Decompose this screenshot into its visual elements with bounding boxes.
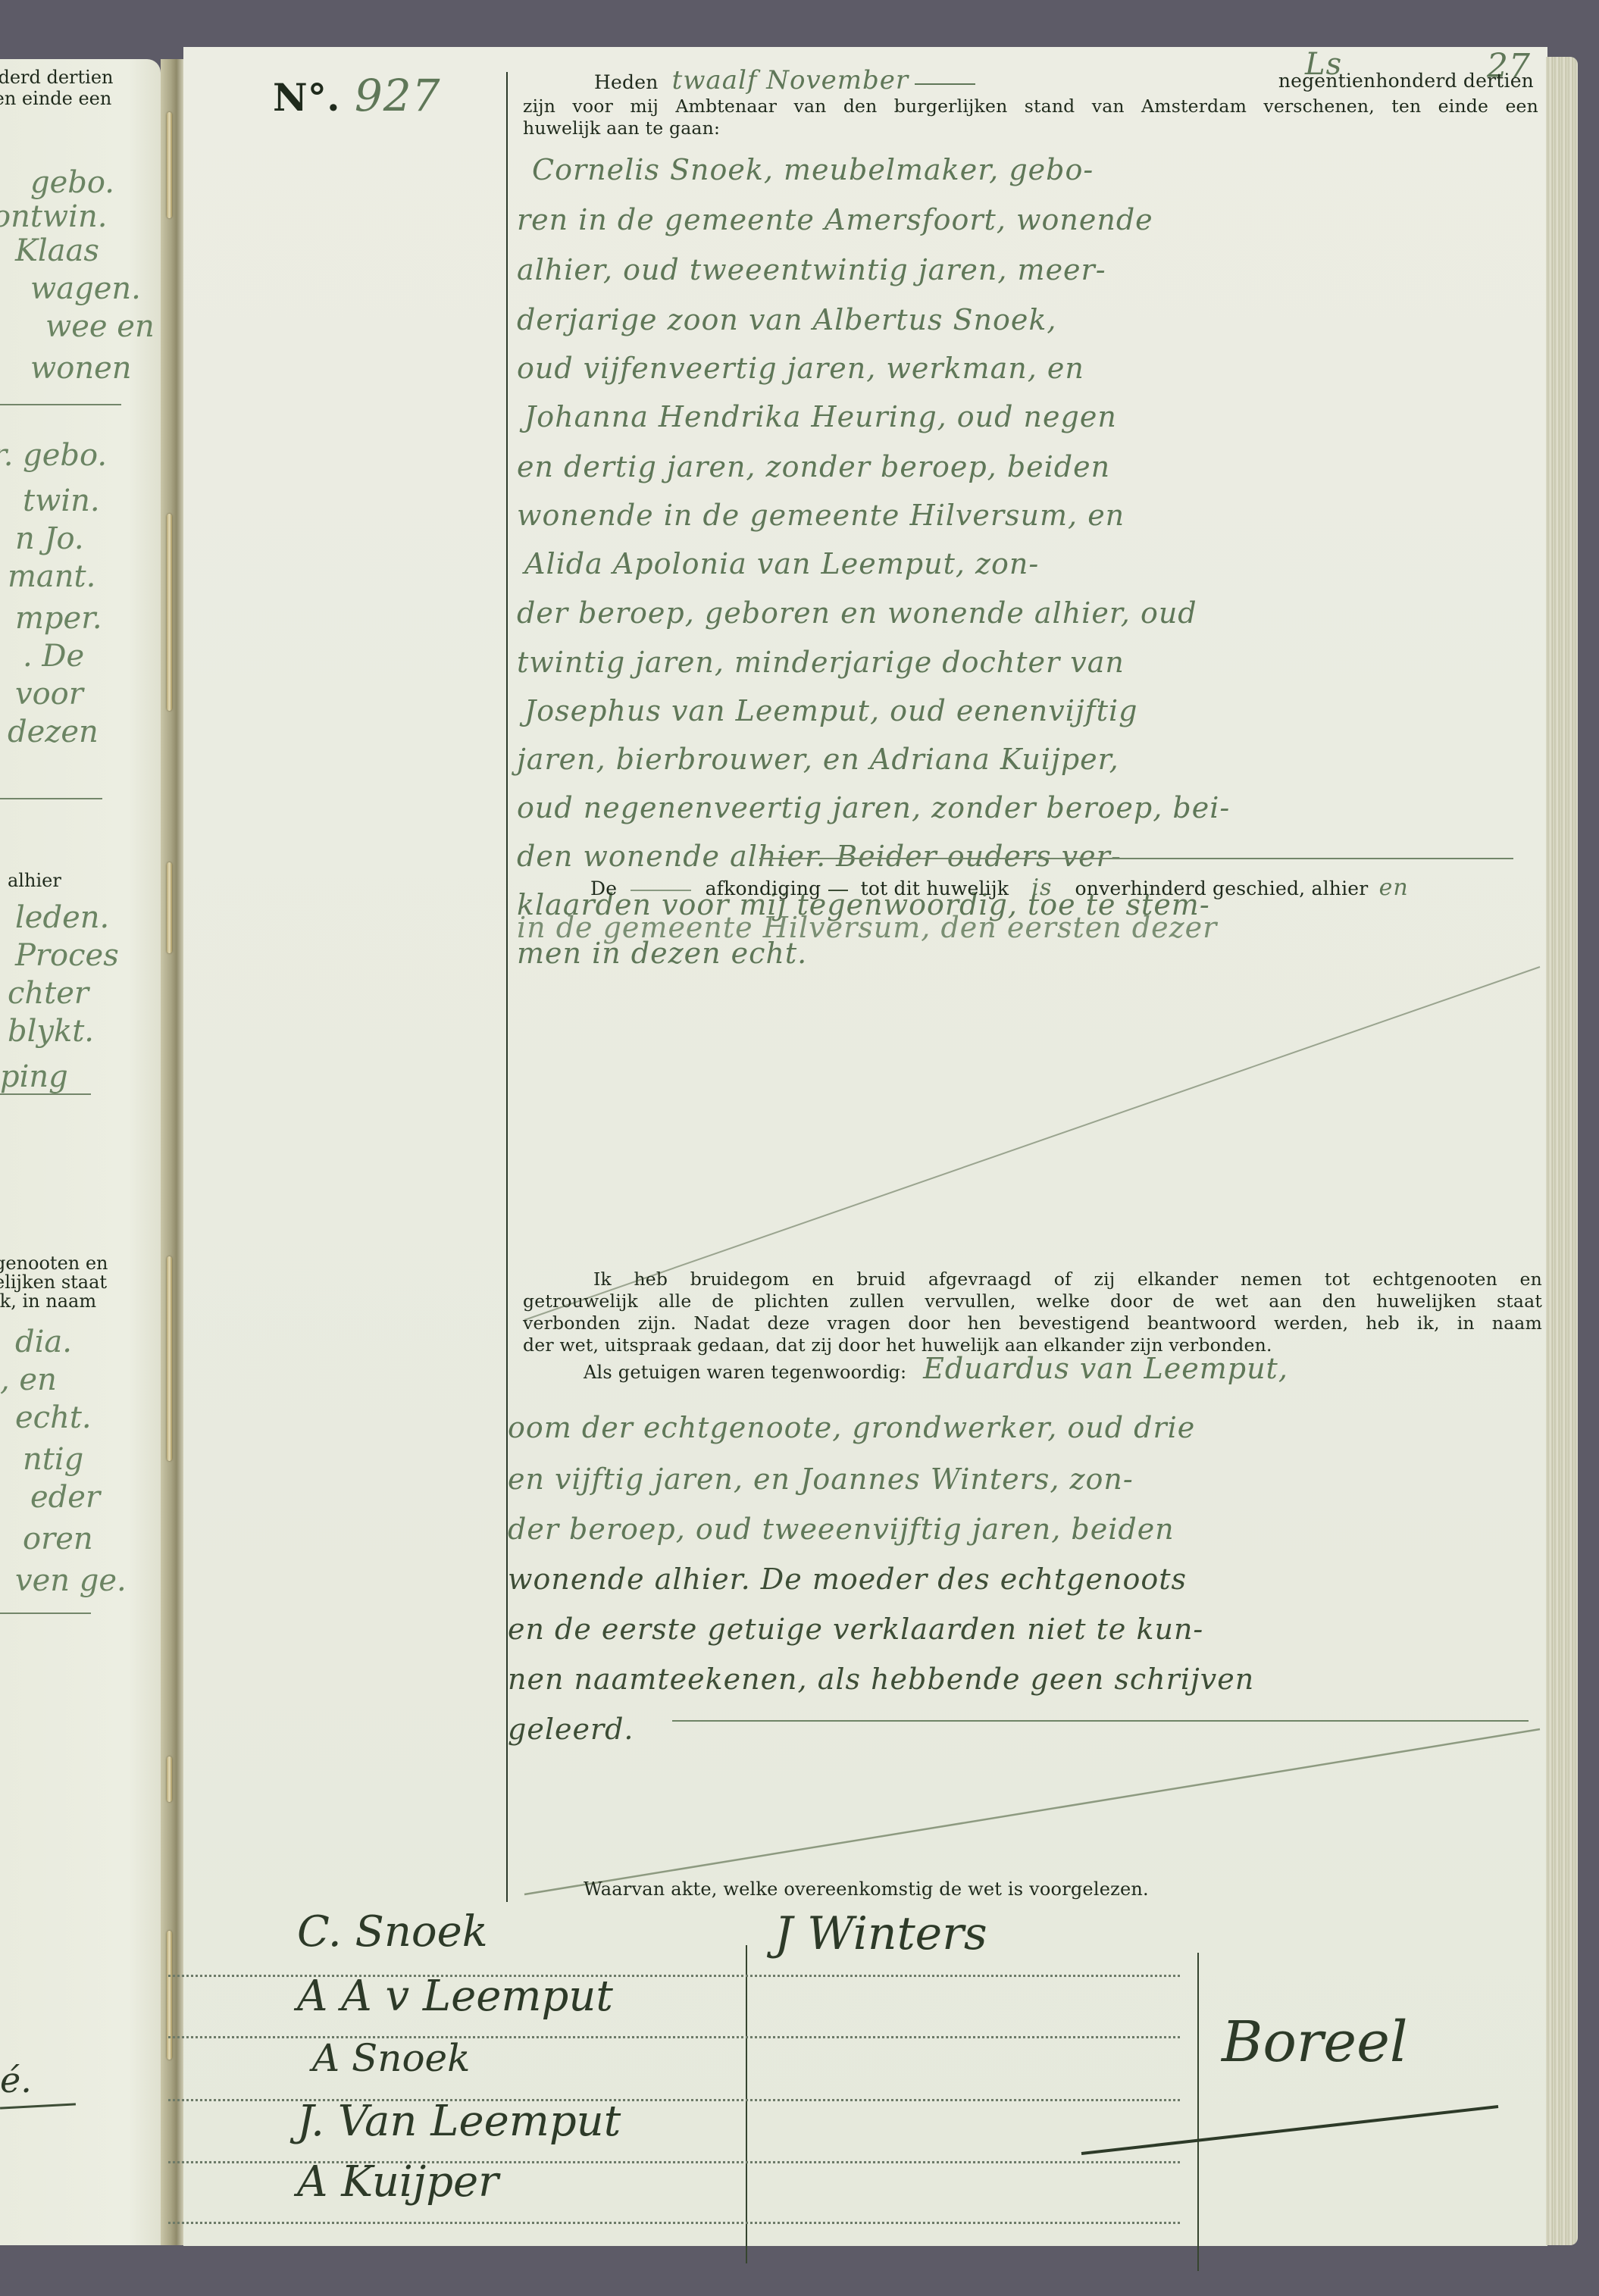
signature-bride-mother: A Kuijper <box>297 2157 499 2207</box>
signature-witness: J Winters <box>774 1907 987 1960</box>
record-number: N°. 927 <box>273 70 441 121</box>
signature-groom-father: A Snoek <box>312 2036 470 2080</box>
binding-stitch <box>167 112 172 218</box>
cancel-diagonal-lower <box>509 1722 1547 1903</box>
left-hand-line: ntig <box>23 1442 83 1477</box>
signature-line <box>168 2222 1180 2224</box>
signature-bride-father: J. Van Leemput <box>297 2097 621 2146</box>
left-signature-flourish <box>0 2103 76 2109</box>
number-value: 927 <box>355 70 441 121</box>
de-label: De <box>590 877 617 899</box>
date-hand: twaalf November <box>672 65 909 95</box>
witnesses-line: Als getuigen waren tegenwoordig: Eduardu… <box>584 1358 1288 1384</box>
left-hand-line: wonen <box>30 351 132 386</box>
binding-stitch <box>167 1931 172 2060</box>
declaration-line: verbonden zijn. Nadat deze vragen door h… <box>523 1312 1542 1334</box>
left-hand-line: voor <box>15 677 83 712</box>
left-hand-line: dezen <box>8 715 99 749</box>
afkondiging-label: afkondiging <box>706 877 821 899</box>
hand-line: en vijftig jaren, en Joannes Winters, zo… <box>508 1462 1134 1496</box>
left-hand-line: chter <box>8 976 89 1011</box>
left-hand-line: oren <box>23 1522 93 1556</box>
hand-line: Josephus van Leemput, oud eenenvijftig <box>524 694 1138 727</box>
hand-line: oom der echtgenoote, grondwerker, oud dr… <box>508 1411 1195 1444</box>
left-end-rule <box>0 798 102 799</box>
left-hand-line: dia. <box>15 1325 72 1359</box>
left-printed-bottom: genooten en <box>0 1253 108 1274</box>
hand-line: Alida Apolonia van Leemput, zon- <box>524 547 1039 580</box>
left-hand-line: blykt. <box>8 1014 94 1049</box>
declaration-line: getrouwelijk alle de plichten zullen ver… <box>523 1290 1542 1312</box>
left-printed-bottom: elijken staat <box>0 1272 107 1293</box>
hand-line: der beroep, oud tweeenvijftig jaren, bei… <box>508 1512 1175 1546</box>
declaration-line: Ik heb bruidegom en bruid afgevraagd of … <box>523 1268 1542 1290</box>
left-hand-line: gebo. <box>30 165 114 200</box>
left-hand-line: , en <box>0 1362 57 1397</box>
left-hand-line: ping <box>0 1059 68 1094</box>
book-gutter <box>161 59 183 2245</box>
page-edges <box>1546 57 1578 2245</box>
signature-bride: A A v Leemput <box>297 1972 613 2021</box>
hand-line: derjarige zoon van Albertus Snoek, <box>517 303 1057 336</box>
first-witness-hand: Eduardus van Leemput, <box>923 1352 1288 1385</box>
heden-label: Heden <box>594 71 659 93</box>
declaration-block: Ik heb bruidegom en bruid afgevraagd of … <box>523 1268 1542 1356</box>
binding-stitch <box>167 514 172 711</box>
header-line-1: Heden twaalf November negentienhonderd d… <box>594 70 1549 93</box>
hand-line: der beroep, geboren en wonende alhier, o… <box>517 596 1197 630</box>
left-hand-line: mant. <box>8 559 95 594</box>
left-printed-alhier: alhier <box>8 870 61 891</box>
left-hand-line: . De <box>23 639 84 674</box>
hand-line: twintig jaren, minderjarige dochter van <box>517 646 1125 679</box>
header-line-2: zijn voor mij Ambtenaar van den burgerli… <box>523 95 1538 117</box>
left-end-rule <box>0 1613 91 1614</box>
witnesses-label: Als getuigen waren tegenwoordig: <box>584 1362 906 1383</box>
hand-line: wonende alhier. De moeder des echtgenoot… <box>508 1562 1187 1596</box>
afkondiging-continuation: in de gemeente Hilversum, den eersten de… <box>517 911 1217 944</box>
signature-registrar: Boreel <box>1222 2010 1408 2075</box>
date-fill-line <box>915 83 975 85</box>
year-text: negentienhonderd dertien <box>1278 70 1534 92</box>
hand-line: alhier, oud tweeentwintig jaren, meer- <box>517 253 1106 286</box>
left-hand-line: ven ge. <box>15 1563 127 1598</box>
header-line-3: huwelijk aan te gaan: <box>523 117 720 139</box>
left-hand-line: Proces <box>15 938 119 973</box>
left-hand-line: n Jo. <box>15 521 84 556</box>
left-hand-line: twin. <box>23 483 100 518</box>
marriage-record-page: Ls 27 N°. 927 Heden twaalf November nege… <box>183 47 1547 2246</box>
left-printed-line-2: ten einde een <box>0 88 111 109</box>
binding-stitch <box>167 862 172 953</box>
hand-line: den wonende alhier. Beider ouders ver- <box>517 840 1122 873</box>
left-hand-line: eder <box>30 1480 100 1515</box>
hand-line: Johanna Hendrika Heuring, oud negen <box>524 400 1117 433</box>
left-page: nderd dertien ten einde een gebo. ontwin… <box>0 59 161 2245</box>
binding-stitch <box>167 1256 172 1461</box>
left-hand-line: mper. <box>15 601 102 636</box>
left-hand-line: echt. <box>15 1400 92 1435</box>
left-hand-line: wee en <box>45 309 155 344</box>
left-printed-bottom: ik, in naam <box>0 1290 96 1312</box>
onverhinderd-label: onverhinderd geschied, alhier <box>1075 877 1369 899</box>
afkondiging-line: De afkondiging tot dit huwelijk is onver… <box>590 877 1553 899</box>
is-hand: is <box>1031 874 1052 901</box>
number-label: N°. <box>273 75 340 120</box>
hand-line: jaren, bierbrouwer, en Adriana Kuijper, <box>517 743 1119 776</box>
left-hand-line: wagen. <box>30 271 141 306</box>
parties-end-rule <box>759 858 1513 859</box>
hand-line: oud vijfenveertig jaren, werkman, en <box>517 352 1084 385</box>
signature-groom: C. Snoek <box>297 1907 488 1957</box>
left-hand-line: Klaas <box>15 233 99 268</box>
fill-line <box>631 890 691 891</box>
hand-line: oud negenenveertig jaren, zonder beroep,… <box>517 791 1230 824</box>
left-signature-fragment: é. <box>0 2060 32 2100</box>
hand-line: en dertig jaren, zonder beroep, beiden <box>517 450 1110 483</box>
binding-stitch <box>167 1756 172 1802</box>
left-printed-line-1: nderd dertien <box>0 67 114 88</box>
left-end-rule <box>0 1093 91 1095</box>
left-hand-line: ontwin. <box>0 199 107 234</box>
hand-line: wonende in de gemeente Hilversum, en <box>517 499 1125 532</box>
tot-label: tot dit huwelijk <box>861 877 1009 899</box>
hand-line: Cornelis Snoek, meubelmaker, gebo- <box>532 153 1094 186</box>
closing-statement: Waarvan akte, welke overeenkomstig de we… <box>584 1878 1149 1900</box>
fill-line <box>828 890 848 891</box>
hand-line: ren in de gemeente Amersfoort, wonende <box>517 203 1153 236</box>
signature-column-divider <box>746 1945 747 2263</box>
left-hand-line: leden. <box>15 900 109 935</box>
registrar-flourish <box>1078 2100 1502 2161</box>
left-end-rule <box>0 404 121 405</box>
left-hand-line: r. gebo. <box>0 438 107 473</box>
hand-line: nen naamteekenen, als hebbende geen schr… <box>508 1663 1254 1696</box>
hand-line: en de eerste getuige verklaarden niet te… <box>508 1613 1203 1646</box>
en-hand: en <box>1379 874 1409 901</box>
